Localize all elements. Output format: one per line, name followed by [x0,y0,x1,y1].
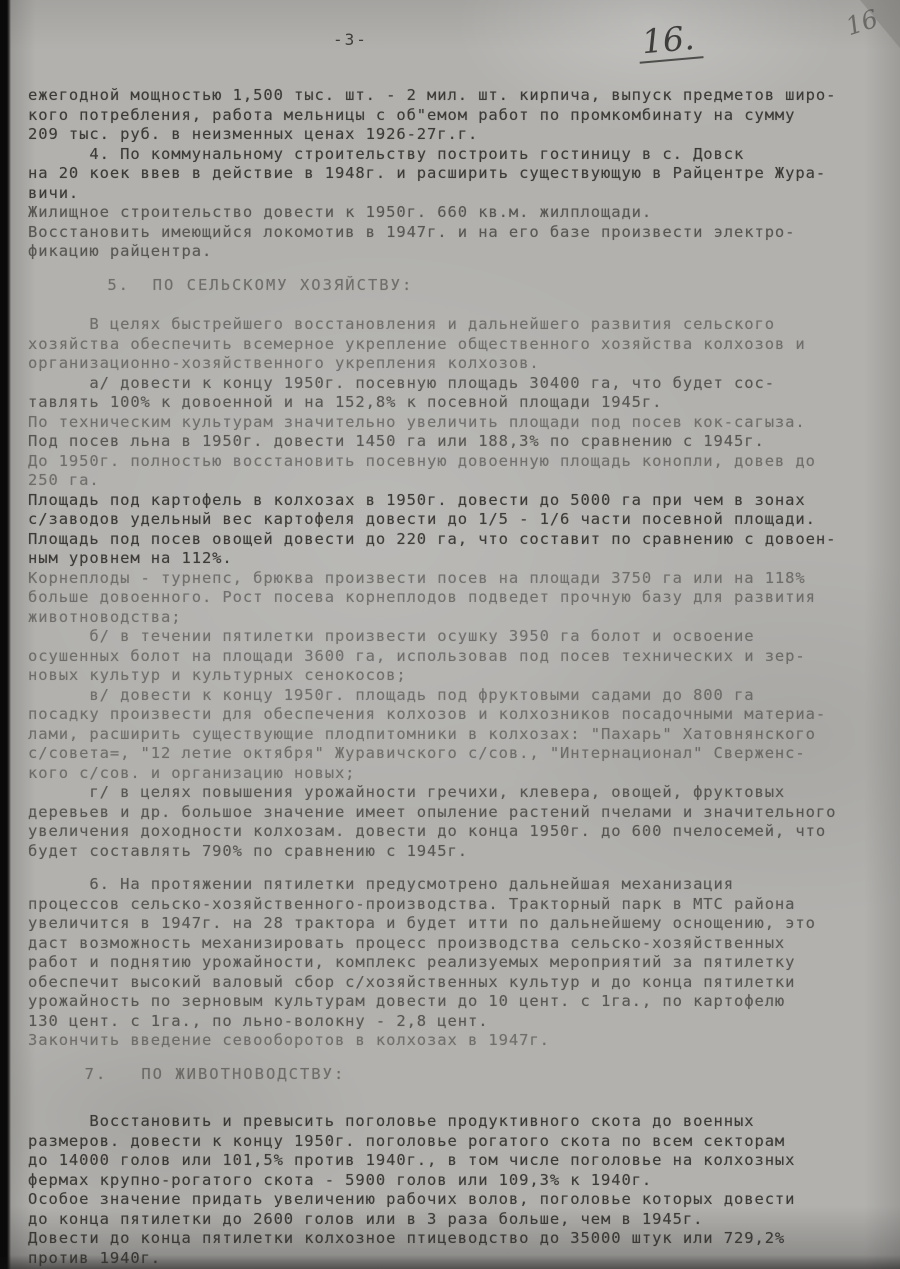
text-line: работ и поднятию урожайности, комплекс р… [28,953,884,973]
text-line: Площадь под картофель в колхозах в 1950г… [28,491,884,511]
text-line: 4. По коммунальному строительству постро… [28,145,884,165]
paragraph: Площадь под картофель в колхозах в 1950г… [28,491,884,530]
text-line: хозяйства обеспечить всемерное укреплени… [28,335,884,355]
text-line: 130 цент. с 1га., по льно-волокну - 2,8 … [28,1012,884,1032]
text-line: Корнеплоды - турнепс, брюква произвести … [28,569,884,589]
paragraph: До 1950г. полностью восстановить посевну… [28,452,884,491]
paragraph: а/ довести к концу 1950г. посевную площа… [28,374,884,413]
text-line: 209 тыс. руб. в неизменных ценах 1926-27… [28,125,884,145]
text-line: Особое значение придать увеличению рабоч… [28,1190,884,1210]
scan-edge-shadow [0,0,11,1269]
section-heading: 7. ПО ЖИВОТНОВОДСТВУ: [28,1065,884,1085]
text-line: Довести до конца пятилетки колхозное пти… [28,1229,884,1249]
spacer [28,861,884,875]
text-line: В целях быстрейшего восстановления и дал… [28,315,884,335]
text-line: увеличится в 1947г. на 28 трактора и буд… [28,914,884,934]
spacer [28,295,884,315]
text-line: больше довоенного. Рост посева корнеплод… [28,588,884,608]
text-line: Восстановить и превысить поголовье проду… [28,1112,884,1132]
text-line: даст возможность механизировать процесс … [28,934,884,954]
text-line: Площадь под посев овощей довести до 220 … [28,530,884,550]
text-line: размеров. довести к концу 1950г. поголов… [28,1132,884,1152]
paragraph: По техническим культурам значительно уве… [28,413,884,433]
text-line: урожайность по зерновым культурам довест… [28,992,884,1012]
text-line: тавлять 100% к довоенной и на 152,8% к п… [28,393,884,413]
text-line: с/заводов удельный вес картофеля довести… [28,510,884,530]
paragraph: Под посев льна в 1950г. довести 1450 га … [28,432,884,452]
paragraph: г/ в целях повышения урожайности гречихи… [28,783,884,861]
text-line: на 20 коек ввев в действие в 1948г. и ра… [28,164,884,184]
text-line: вичи. [28,184,884,204]
paragraph: ежегодной мощностью 1,500 тыс. шт. - 2 м… [28,86,884,145]
typed-page-number: -3- [333,30,368,49]
text-line: б/ в течении пятилетки произвести осушку… [28,627,884,647]
paragraph: В целях быстрейшего восстановления и дал… [28,315,884,374]
spacer [28,1051,884,1065]
text-line: ежегодной мощностью 1,500 тыс. шт. - 2 м… [28,86,884,106]
text-line: организационно-хозяйственного укрепления… [28,354,884,374]
text-line: деревьев и др. большое значение имеет оп… [28,803,884,823]
text-line: осушенных болот на площади 3600 га, испо… [28,647,884,667]
text-line: кого с/сов. и организацию новых; [28,764,884,784]
text-line: фикацию райцентра. [28,242,884,262]
text-line: против 1940г. [28,1249,884,1269]
text-line: По техническим культурам значительно уве… [28,413,884,433]
text-line: посадку произвести для обеспечения колхо… [28,705,884,725]
text-line: животноводства; [28,608,884,628]
text-line: фермах крупно-рогатого скота - 5900 голо… [28,1171,884,1191]
text-line: новых культур и культурных сенокосов; [28,666,884,686]
paragraph: б/ в течении пятилетки произвести осушку… [28,627,884,686]
spacer [28,1084,884,1112]
text-line: увеличения доходности колхозам. довести … [28,822,884,842]
paragraph: 6. На протяжении пятилетки предусмотрено… [28,875,884,1031]
text-line: 250 га. [28,471,884,491]
paragraph: Жилищное строительство довести к 1950г. … [28,203,884,223]
section-heading: 5. ПО СЕЛЬСКОМУ ХОЗЯЙСТВУ: [28,276,884,296]
text-line: обеспечит высокий валовый сбор с/хозяйст… [28,973,884,993]
text-line: в/ довести к концу 1950г. площадь под фр… [28,686,884,706]
paragraph: Площадь под посев овощей довести до 220 … [28,530,884,569]
paragraph: Корнеплоды - турнепс, брюква произвести … [28,569,884,628]
text-line: 6. На протяжении пятилетки предусмотрено… [28,875,884,895]
paragraph: Восстановить и превысить поголовье проду… [28,1112,884,1190]
paragraph: Довести до конца пятилетки колхозное пти… [28,1229,884,1268]
paragraph: 4. По коммунальному строительству постро… [28,145,884,204]
text-line: 7. ПО ЖИВОТНОВОДСТВУ: [28,1065,884,1085]
text-line: кого потребления, работа мельницы с об"е… [28,106,884,126]
text-line: будет составлять 790% по сравнению с 194… [28,842,884,862]
paragraph: Особое значение придать увеличению рабоч… [28,1190,884,1229]
text-line: Под посев льна в 1950г. довести 1450 га … [28,432,884,452]
text-line: до конца пятилетки до 2600 голов или в 3… [28,1210,884,1230]
text-line: лами, расширить существующие плодпитомни… [28,725,884,745]
document-text: ежегодной мощностью 1,500 тыс. шт. - 2 м… [28,86,884,1268]
text-line: до 14000 голов или 101,5% против 1940г.,… [28,1151,884,1171]
text-line: а/ довести к концу 1950г. посевную площа… [28,374,884,394]
paragraph: в/ довести к концу 1950г. площадь под фр… [28,686,884,784]
handwritten-folio-number: 16. [636,19,704,64]
text-line: процессов сельско-хозяйственного-произво… [28,895,884,915]
paragraph: Закончить введение севооборотов в колхоз… [28,1031,884,1051]
scanned-document-page: -3- 16. 16 ежегодной мощностью 1,500 тыс… [0,0,900,1269]
spacer [28,262,884,276]
text-line: До 1950г. полностью восстановить посевну… [28,452,884,472]
paragraph: Восстановить имеющийся локомотив в 1947г… [28,223,884,262]
text-line: Закончить введение севооборотов в колхоз… [28,1031,884,1051]
text-line: 5. ПО СЕЛЬСКОМУ ХОЗЯЙСТВУ: [28,276,884,296]
text-line: ным уровнем на 112%. [28,549,884,569]
text-line: Восстановить имеющийся локомотив в 1947г… [28,223,884,243]
text-line: с/совета=, "12 летие октября" Журавичско… [28,744,884,764]
text-line: г/ в целях повышения урожайности гречихи… [28,783,884,803]
text-line: Жилищное строительство довести к 1950г. … [28,203,884,223]
